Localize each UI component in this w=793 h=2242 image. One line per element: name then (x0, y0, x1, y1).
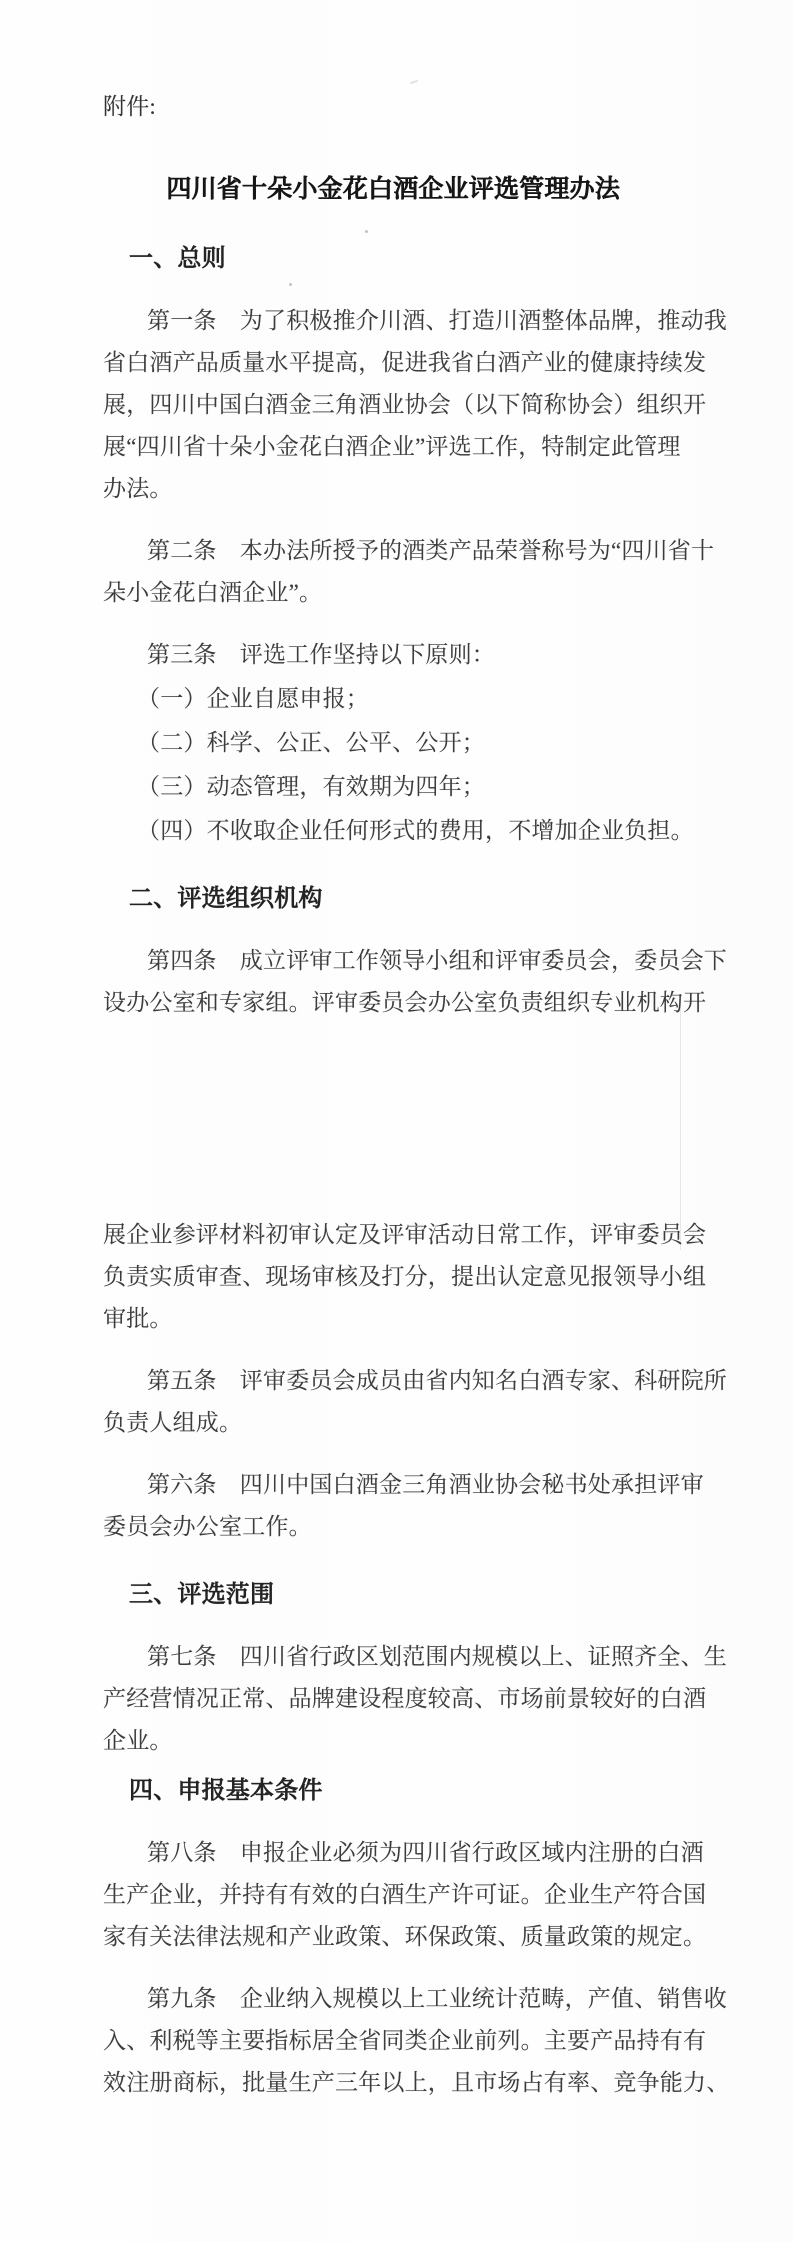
scan-speck (410, 80, 418, 84)
article-4-paragraph-part-2: 展企业参评材料初审认定及评审活动日常工作，评审委员会 负责实质审查、现场审核及打… (103, 1214, 743, 1340)
section-heading-organization: 二、评选组织机构 (103, 878, 743, 920)
article-6-paragraph: 第六条 四川中国白酒金三角酒业协会秘书处承担评审 委员会办公室工作。 (103, 1464, 743, 1548)
article-9-paragraph: 第九条 企业纳入规模以上工业统计范畴，产值、销售收 入、利税等主要指标居全省同类… (103, 1978, 743, 2104)
article-4-paragraph-part-1: 第四条 成立评审工作领导小组和评审委员会，委员会下 设办公室和专家组。评审委员会… (103, 940, 743, 1024)
section-heading-general-rules: 一、总则 (103, 238, 743, 280)
article-1-paragraph: 第一条 为了积极推介川酒、打造川酒整体品牌，推动我 省白酒产品质量水平提高，促进… (103, 300, 743, 510)
attachment-label: 附件: (103, 86, 743, 128)
article-3-paragraph: 第三条 评选工作坚持以下原则： (103, 634, 743, 676)
principle-item-4: （四）不收取企业任何形式的费用，不增加企业负担。 (103, 810, 743, 852)
article-7-paragraph: 第七条 四川省行政区划范围内规模以上、证照齐全、生 产经营情况正常、品牌建设程度… (103, 1636, 743, 1762)
article-8-paragraph: 第八条 申报企业必须为四川省行政区域内注册的白酒 生产企业，并持有有效的白酒生产… (103, 1832, 743, 1958)
principle-item-3: （三）动态管理，有效期为四年； (103, 766, 743, 808)
section-heading-application-conditions: 四、申报基本条件 (103, 1770, 743, 1812)
article-2-paragraph: 第二条 本办法所授予的酒类产品荣誉称号为“四川省十 朵小金花白酒企业”。 (103, 530, 743, 614)
document-title: 四川省十朵小金花白酒企业评选管理办法 (103, 168, 683, 212)
principle-item-1: （一）企业自愿申报； (103, 678, 743, 720)
article-5-paragraph: 第五条 评审委员会成员由省内知名白酒专家、科研院所 负责人组成。 (103, 1360, 743, 1444)
document-body: 附件: 四川省十朵小金花白酒企业评选管理办法 一、总则 第一条 为了积极推介川酒… (103, 86, 743, 2104)
section-heading-selection-scope: 三、评选范围 (103, 1574, 743, 1616)
principle-item-2: （二）科学、公正、公平、公开； (103, 722, 743, 764)
page-break-gap (103, 1024, 743, 1214)
scanned-document-page: 附件: 四川省十朵小金花白酒企业评选管理办法 一、总则 第一条 为了积极推介川酒… (0, 0, 793, 2242)
